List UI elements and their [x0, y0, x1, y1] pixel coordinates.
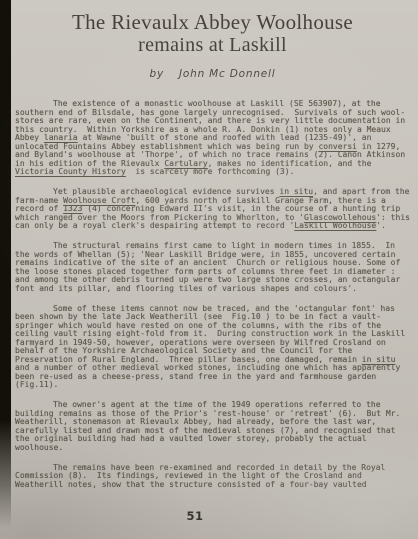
text-run: Some of these items cannot now be traced…	[15, 304, 410, 364]
article-title-line-2: remains at Laskill	[15, 34, 410, 56]
underlined-text: Laskill Woolhouse	[294, 221, 376, 230]
text-run: '.	[376, 221, 386, 230]
page-content: The Rievaulx Abbey Woolhouse remains at …	[15, 0, 410, 501]
byline-prefix: by	[150, 68, 164, 80]
text-run: The structural remains first came to lig…	[15, 241, 405, 293]
document-body: The existence of a monastic woolhouse at…	[15, 100, 410, 489]
paragraph: The owner's agent at the time of the 194…	[15, 401, 410, 452]
paragraph: The remains have been re-examined and re…	[15, 464, 410, 490]
text-run: is scarcely more forthcoming (3).	[126, 167, 295, 176]
text-run: The remains have been re-examined and re…	[15, 463, 390, 489]
scanned-page: The Rievaulx Abbey Woolhouse remains at …	[0, 0, 418, 539]
paragraph: Some of these items cannot now be traced…	[15, 305, 410, 390]
scan-edge-left	[0, 0, 11, 539]
paragraph: Yet plausible archaeological evidence su…	[15, 188, 410, 231]
article-title: The Rievaulx Abbey Woolhouse remains at …	[15, 11, 410, 56]
underlined-text: Victoria County History	[15, 167, 126, 176]
byline-author: John Mc Donnell	[179, 68, 275, 80]
byline: byJohn Mc Donnell	[15, 68, 410, 80]
text-run: The owner's agent at the time of the 194…	[15, 400, 405, 452]
article-title-line-1: The Rievaulx Abbey Woolhouse	[15, 11, 410, 34]
paragraph: The existence of a monastic woolhouse at…	[15, 100, 410, 177]
page-number: 51	[0, 509, 390, 523]
paragraph: The structural remains first came to lig…	[15, 242, 410, 293]
